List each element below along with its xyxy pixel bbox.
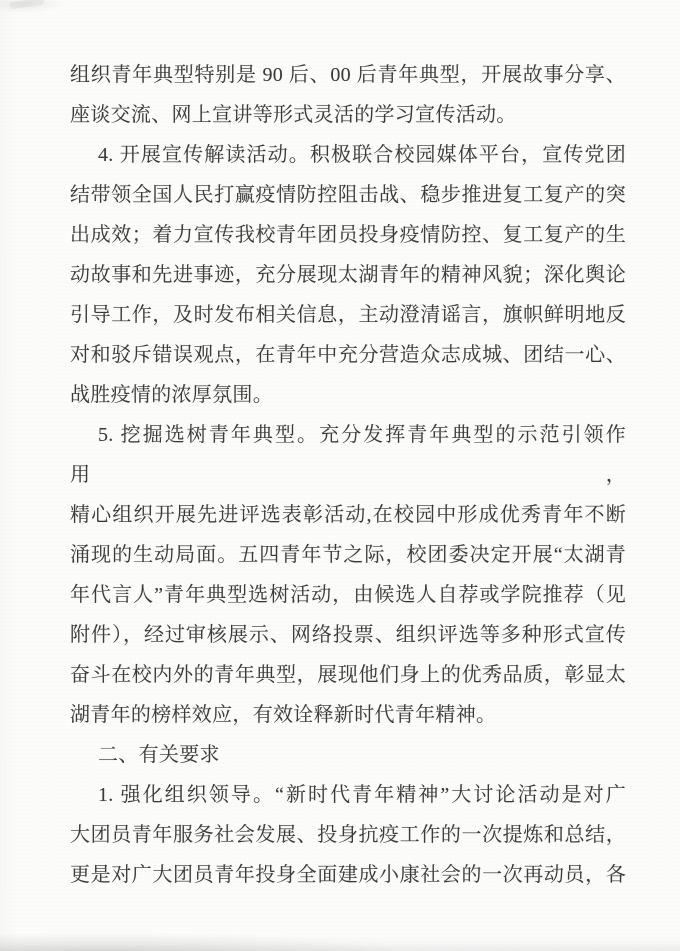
text-line: 1. 强化组织领导。“新时代青年精神”大讨论活动是对广	[70, 775, 626, 815]
text-line: 战胜疫情的浓厚氛围。	[70, 375, 626, 415]
text-line: 动故事和先进事迹，充分展现太湖青年的精神风貌；深化舆论	[70, 255, 626, 295]
text-line: 引导工作，及时发布相关信息，主动澄清谣言，旗帜鲜明地反	[70, 295, 626, 335]
document-text: 组织青年典型特别是 90 后、00 后青年典型，开展故事分享、座谈交流、网上宣讲…	[70, 55, 626, 895]
text-line: 5. 挖掘选树青年典型。充分发挥青年典型的示范引领作用，	[70, 415, 626, 495]
text-line: 涌现的生动局面。五四青年节之际，校团委决定开展“太湖青	[70, 535, 626, 575]
scan-artifact-top-left	[10, 0, 45, 9]
text-line: 组织青年典型特别是 90 后、00 后青年典型，开展故事分享、	[70, 55, 626, 95]
text-line: 二、有关要求	[70, 735, 626, 775]
scanned-document-page: 组织青年典型特别是 90 后、00 后青年典型，开展故事分享、座谈交流、网上宣讲…	[0, 0, 680, 951]
text-line: 4. 开展宣传解读活动。积极联合校园媒体平台，宣传党团	[70, 135, 626, 175]
text-line: 对和驳斥错误观点，在青年中充分营造众志成城、团结一心、	[70, 335, 626, 375]
text-line: 大团员青年服务社会发展、投身抗疫工作的一次提炼和总结，	[70, 815, 626, 855]
text-line: 更是对广大团员青年投身全面建成小康社会的一次再动员，各	[70, 855, 626, 895]
text-line: 附件），经过审核展示、网络投票、组织评选等多种形式宣传	[70, 615, 626, 655]
text-line: 奋斗在校内外的青年典型，展现他们身上的优秀品质，彰显太	[70, 655, 626, 695]
text-line: 座谈交流、网上宣讲等形式灵活的学习宣传活动。	[70, 95, 626, 135]
text-line: 精心组织开展先进评选表彰活动,在校园中形成优秀青年不断	[70, 495, 626, 535]
text-line: 湖青年的榜样效应，有效诠释新时代青年精神。	[70, 695, 626, 735]
text-line: 年代言人”青年典型选树活动，由候选人自荐或学院推荐（见	[70, 575, 626, 615]
text-line: 出成效；着力宣传我校青年团员投身疫情防控、复工复产的生	[70, 215, 626, 255]
text-line: 结带领全国人民打赢疫情防控阻击战、稳步推进复工复产的突	[70, 175, 626, 215]
